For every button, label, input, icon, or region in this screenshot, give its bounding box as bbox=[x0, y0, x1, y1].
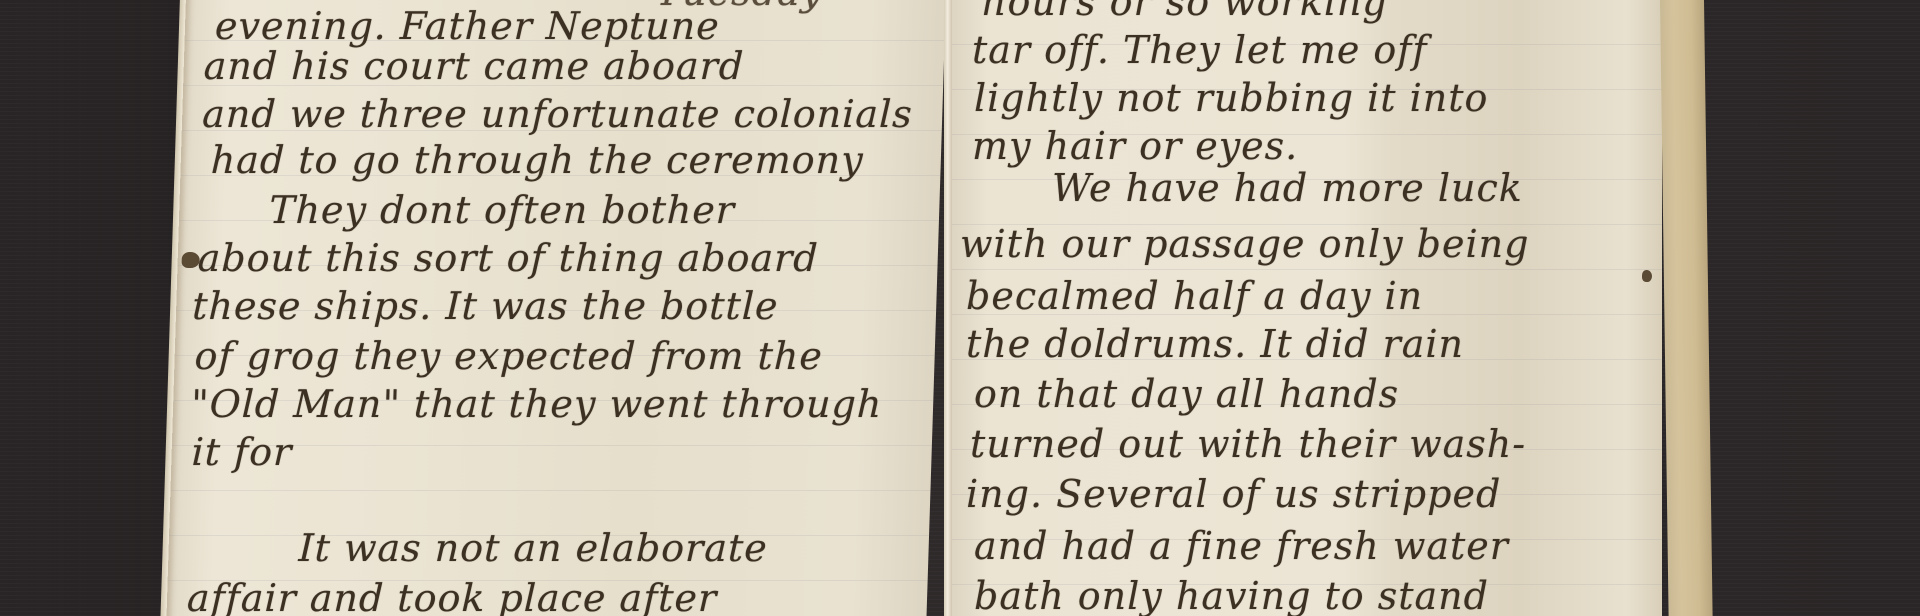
handwritten-line: ing. Several of us stripped bbox=[966, 472, 1501, 516]
handwritten-line: and his court came aboard bbox=[203, 44, 745, 88]
handwritten-line: hours or so working bbox=[982, 0, 1388, 24]
left-page: Tuesday evening. Father Neptune and his … bbox=[166, 0, 946, 616]
handwritten-line: tar off. They let me off bbox=[972, 28, 1427, 72]
handwritten-line: these ships. It was the bottle bbox=[192, 284, 780, 328]
handwritten-line: the doldrums. It did rain bbox=[966, 322, 1464, 366]
photo-scene: Tuesday evening. Father Neptune and his … bbox=[0, 0, 1920, 616]
handwritten-line: It was not an elaborate bbox=[298, 526, 769, 570]
handwritten-line: They dont often bother bbox=[269, 188, 736, 232]
book-spine bbox=[944, 0, 952, 616]
handwritten-line: had to go through the ceremony bbox=[210, 138, 864, 182]
handwritten-line: "Old Man" that they went through bbox=[190, 382, 883, 426]
handwritten-line: on that day all hands bbox=[974, 372, 1399, 416]
handwritten-line: affair and took place after bbox=[186, 576, 718, 616]
handwritten-line: lightly not rubbing it into bbox=[974, 76, 1488, 120]
handwritten-line: about this sort of thing aboard bbox=[197, 236, 819, 280]
handwritten-line: evening. Father Neptune bbox=[214, 4, 720, 48]
ink-blot bbox=[181, 252, 200, 268]
handwritten-line: and we three unfortunate colonials bbox=[202, 92, 914, 136]
ink-blot bbox=[1642, 270, 1652, 282]
handwritten-line: my hair or eyes. bbox=[972, 124, 1298, 168]
handwritten-line: with our passage only being bbox=[960, 222, 1529, 266]
right-page: hours or so working tar off. They let me… bbox=[952, 0, 1662, 616]
handwritten-line: of grog they expected from the bbox=[194, 334, 824, 378]
handwritten-line: and had a fine fresh water bbox=[974, 524, 1509, 568]
handwritten-line: We have had more luck bbox=[1052, 166, 1523, 210]
right-page-stack-edge bbox=[1660, 0, 1713, 616]
handwritten-line: becalmed half a day in bbox=[966, 274, 1423, 318]
handwritten-line: bath only having to stand bbox=[974, 574, 1489, 616]
handwritten-line: it for bbox=[191, 430, 293, 474]
open-journal: Tuesday evening. Father Neptune and his … bbox=[0, 0, 1920, 616]
handwritten-line: turned out with their wash- bbox=[970, 422, 1526, 466]
